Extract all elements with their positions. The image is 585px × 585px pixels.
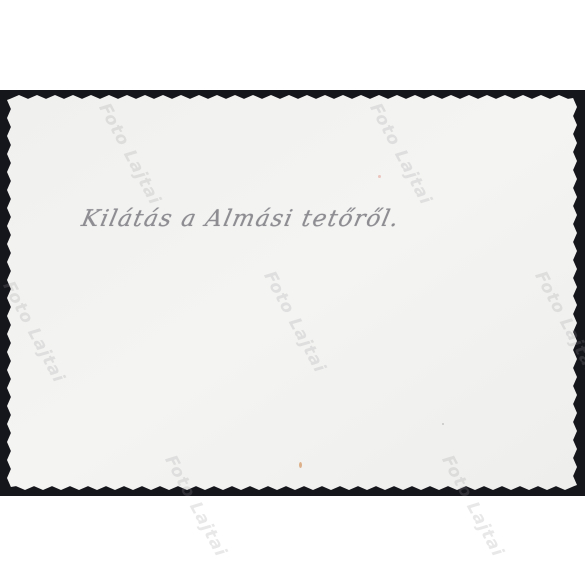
handwritten-inscription: Kilátás a Almási tetőről. xyxy=(79,206,545,232)
stain-speck xyxy=(442,423,444,425)
photo-paper xyxy=(0,0,585,585)
stain-speck xyxy=(299,462,302,468)
stain-speck xyxy=(378,175,381,178)
